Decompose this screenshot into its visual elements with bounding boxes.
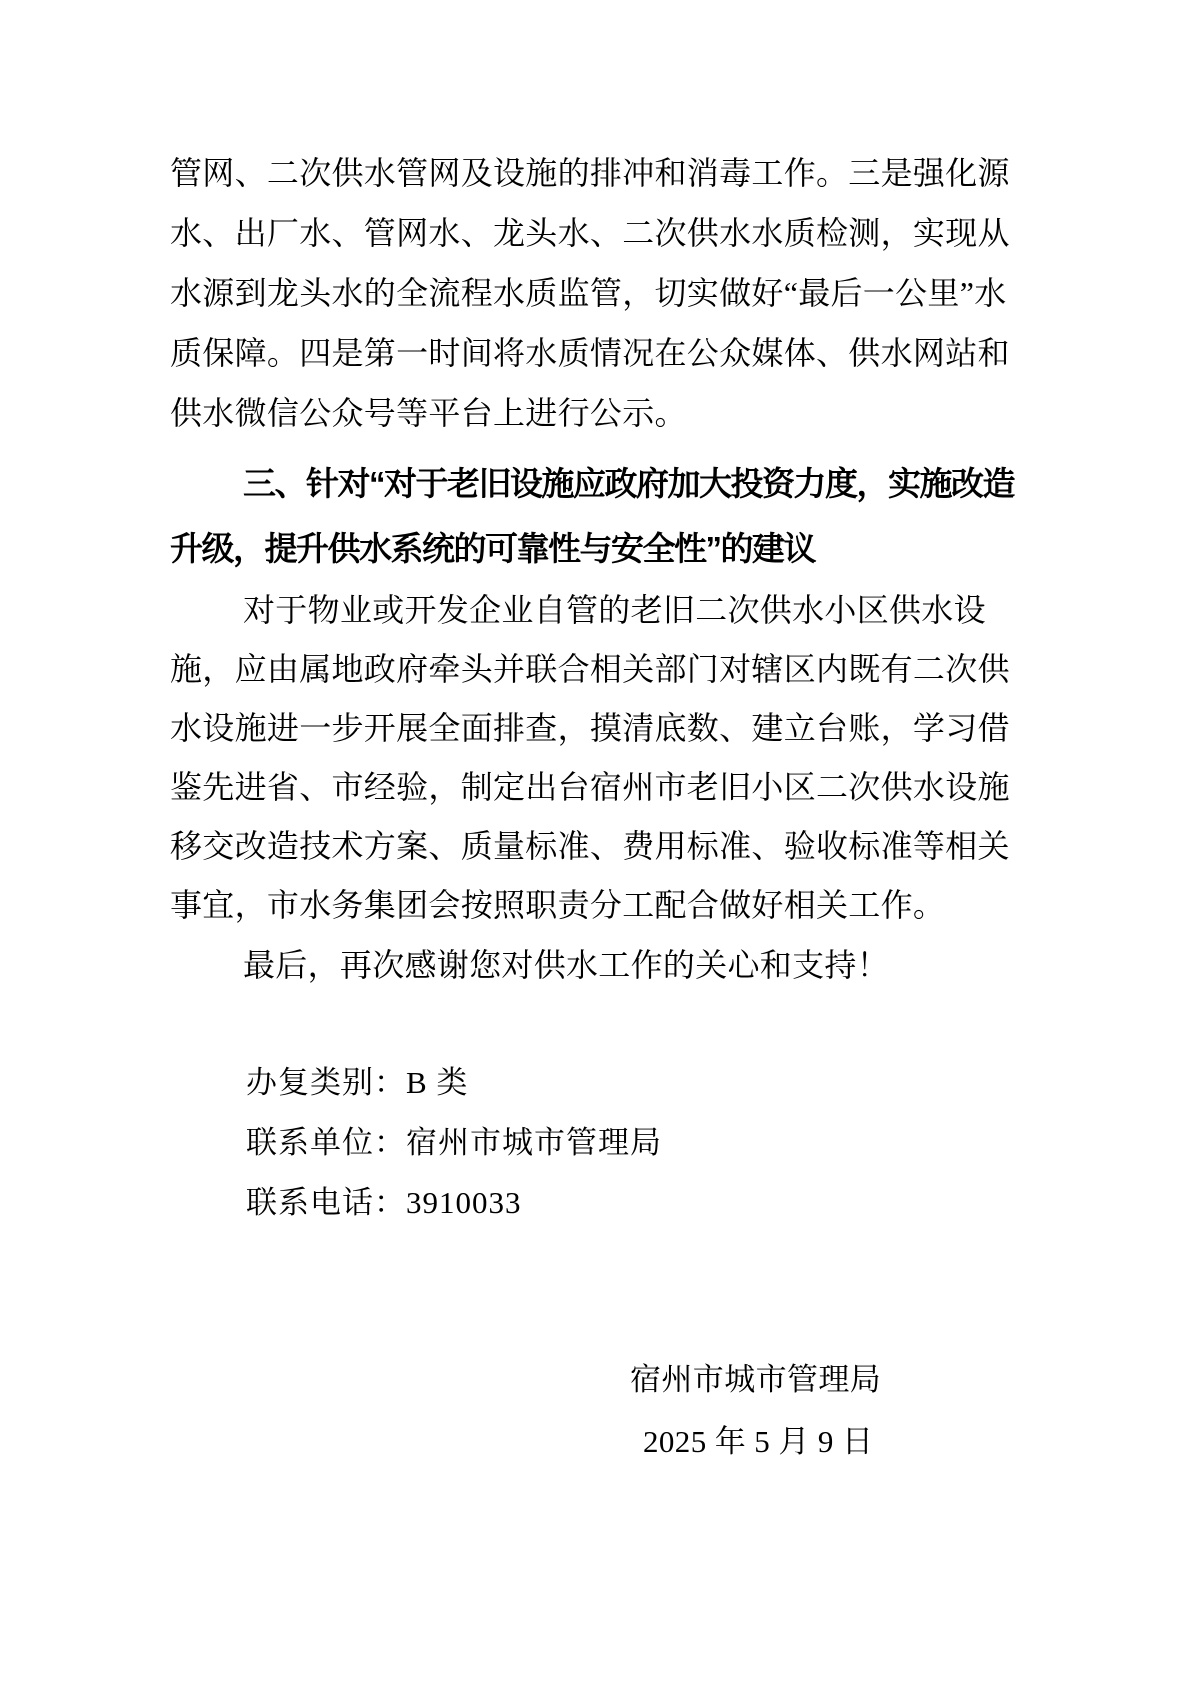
body-line: 施，应由属地政府牵头并联合相关部门对辖区内既有二次供 (170, 640, 1010, 699)
contact-phone: 联系电话：3910033 (170, 1173, 1010, 1233)
body-line: 水设施进一步开展全面排查，摸清底数、建立台账，学习借 (170, 699, 1010, 758)
body-line: 水源到龙头水的全流程水质监管，切实做好“最后一公里”水 (170, 263, 1010, 323)
section-heading: 三、针对“对于老旧设施应政府加大投资力度，实施改造 升级，提升供水系统的可靠性与… (170, 451, 1010, 581)
body-line: 供水微信公众号等平台上进行公示。 (170, 383, 1010, 443)
body-line: 质保障。四是第一时间将水质情况在公众媒体、供水网站和 (170, 323, 1010, 383)
body-line: 管网、二次供水管网及设施的排冲和消毒工作。三是强化源 (170, 143, 1010, 203)
signature-block: 宿州市城市管理局 2025 年 5 月 9 日 (170, 1349, 1010, 1473)
body-line: 鉴先进省、市经验，制定出台宿州市老旧小区二次供水设施 (170, 758, 1010, 817)
body-line: 对于物业或开发企业自管的老旧二次供水小区供水设 (170, 581, 1010, 640)
paragraph-body: 对于物业或开发企业自管的老旧二次供水小区供水设 施，应由属地政府牵头并联合相关部… (170, 581, 1010, 935)
body-line: 水、出厂水、管网水、龙头水、二次供水水质检测，实现从 (170, 203, 1010, 263)
section-heading-line: 三、针对“对于老旧设施应政府加大投资力度，实施改造 (170, 451, 1010, 516)
signature-date: 2025 年 5 月 9 日 (643, 1411, 1010, 1473)
paragraph-continuation: 管网、二次供水管网及设施的排冲和消毒工作。三是强化源 水、出厂水、管网水、龙头水… (170, 143, 1010, 443)
document-page: 管网、二次供水管网及设施的排冲和消毒工作。三是强化源 水、出厂水、管网水、龙头水… (0, 0, 1190, 1683)
body-line: 移交改造技术方案、质量标准、费用标准、验收标准等相关 (170, 817, 1010, 876)
section-heading-line: 升级，提升供水系统的可靠性与安全性”的建议 (170, 516, 1010, 581)
contact-unit: 联系单位：宿州市城市管理局 (170, 1113, 1010, 1173)
closing-line: 最后，再次感谢您对供水工作的关心和支持！ (170, 935, 1010, 995)
signature-agency: 宿州市城市管理局 (630, 1349, 1010, 1411)
document-body: 管网、二次供水管网及设施的排冲和消毒工作。三是强化源 水、出厂水、管网水、龙头水… (170, 143, 1010, 1473)
reply-info-block: 办复类别：B 类 联系单位：宿州市城市管理局 联系电话：3910033 (170, 1053, 1010, 1233)
reply-category: 办复类别：B 类 (170, 1053, 1010, 1113)
body-line: 事宜，市水务集团会按照职责分工配合做好相关工作。 (170, 876, 1010, 935)
